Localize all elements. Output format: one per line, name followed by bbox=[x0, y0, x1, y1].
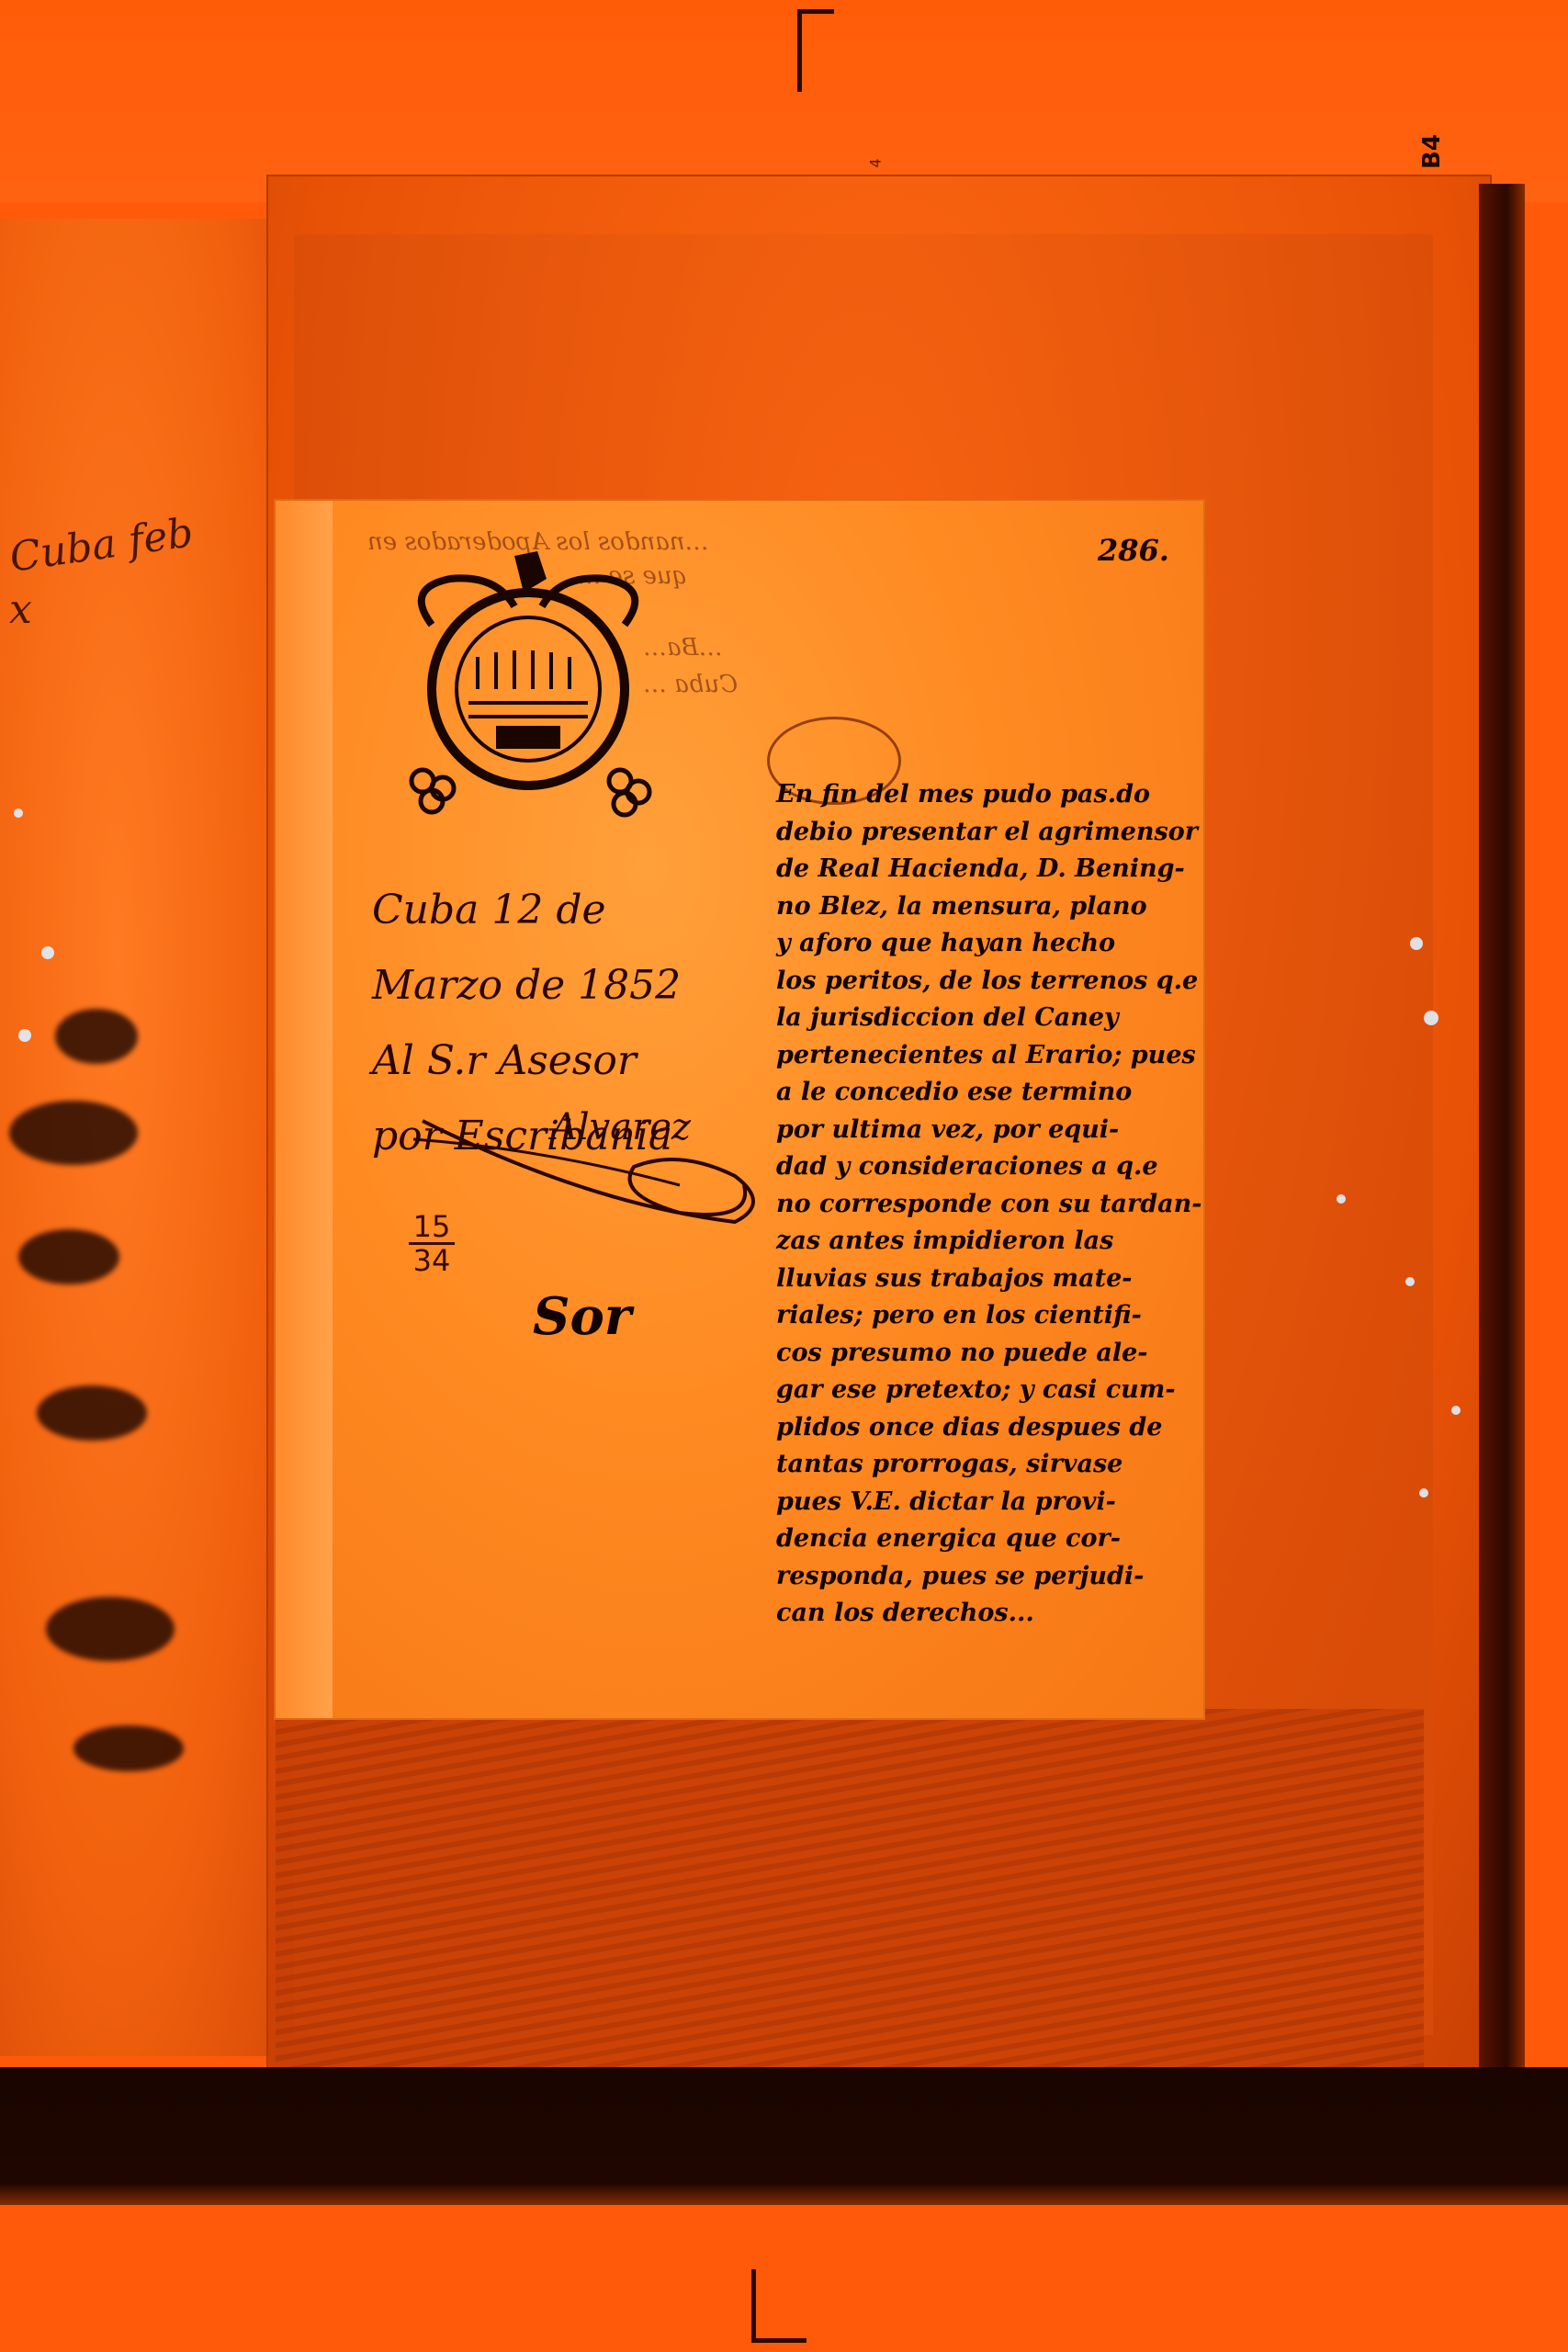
signature-flourish: Alvarez bbox=[404, 1093, 772, 1259]
speckle bbox=[1337, 1194, 1346, 1204]
signature-name: Alvarez bbox=[547, 1106, 692, 1148]
margin-line: Al S.r Asesor bbox=[372, 1023, 758, 1099]
crop-mark-top bbox=[797, 9, 802, 92]
crop-mark-top-h bbox=[797, 9, 834, 14]
body-line: gar ese pretexto; y casi cum- bbox=[776, 1372, 1217, 1409]
body-line: pues V.E. dictar la provi- bbox=[776, 1484, 1217, 1521]
body-line: cos presumo no puede ale- bbox=[776, 1335, 1217, 1373]
body-line: los peritos, de los terrenos q.e bbox=[776, 963, 1217, 1001]
ink-bleed bbox=[18, 1229, 119, 1284]
body-line: zas antes impidieron las bbox=[776, 1223, 1217, 1261]
body-line: dencia energica que cor- bbox=[776, 1521, 1217, 1558]
book-spine bbox=[1479, 184, 1525, 2076]
speckle bbox=[1405, 1277, 1415, 1286]
left-page-fragment: Cuba feb bbox=[6, 509, 196, 581]
salutation: Sor bbox=[533, 1286, 631, 1347]
margin-line: Marzo de 1852 bbox=[372, 948, 758, 1023]
body-line: tantas prorrogas, sirvase bbox=[776, 1446, 1217, 1484]
seal-emblem bbox=[377, 551, 680, 818]
left-page-fragment: x bbox=[9, 586, 32, 633]
folio-number: 286. bbox=[1098, 533, 1169, 568]
body-line: debio presentar el agrimensor bbox=[776, 814, 1217, 852]
speckle bbox=[1451, 1406, 1461, 1415]
body-line: lluvias sus trabajos mate- bbox=[776, 1261, 1217, 1298]
speckle bbox=[1410, 937, 1423, 950]
body-line: En fin del mes pudo pas.do bbox=[776, 776, 1217, 814]
margin-line: Cuba 12 de bbox=[372, 873, 758, 948]
corner-label: B4 bbox=[1418, 134, 1446, 169]
speckle bbox=[41, 946, 54, 959]
left-facing-page: Cuba feb x bbox=[0, 219, 296, 2056]
fraction-numerator: 15 bbox=[409, 1213, 455, 1240]
crop-mark-bottom-h bbox=[751, 2338, 807, 2343]
ink-bleed bbox=[46, 1597, 175, 1661]
body-line: dad y consideraciones a q.e bbox=[776, 1148, 1217, 1186]
speckle bbox=[18, 1029, 31, 1042]
ink-bleed bbox=[9, 1101, 138, 1165]
body-line: riales; pero en los cientifi- bbox=[776, 1297, 1217, 1335]
speckle bbox=[1424, 1011, 1438, 1025]
speckle bbox=[1419, 1488, 1428, 1498]
ink-bleed bbox=[73, 1725, 184, 1771]
speckle bbox=[14, 808, 23, 818]
fraction-denominator: 34 bbox=[409, 1247, 455, 1274]
body-line: plidos once dias despues de bbox=[776, 1409, 1217, 1447]
body-line: la jurisdiccion del Caney bbox=[776, 1000, 1217, 1037]
background-top bbox=[0, 0, 1568, 202]
ink-bleed bbox=[55, 1009, 138, 1064]
body-line: pertenecientes al Erario; pues bbox=[776, 1037, 1217, 1075]
body-line: de Real Hacienda, D. Bening- bbox=[776, 851, 1217, 888]
background-bottom bbox=[0, 2205, 1568, 2352]
fraction-note: 15 34 bbox=[409, 1213, 455, 1274]
body-line: y aforo que hayan hecho bbox=[776, 925, 1217, 963]
manuscript-body: En fin del mes pudo pas.do debio present… bbox=[776, 776, 1217, 1633]
tick-mark: 4 bbox=[867, 158, 885, 167]
crop-mark-bottom bbox=[751, 2269, 756, 2343]
ink-bleed bbox=[37, 1385, 147, 1441]
body-line: no corresponde con su tardan- bbox=[776, 1186, 1217, 1224]
body-line: por ultima vez, por equi- bbox=[776, 1112, 1217, 1149]
body-line: can los derechos... bbox=[776, 1595, 1217, 1633]
body-line: responda, pues se perjudi- bbox=[776, 1558, 1217, 1596]
body-line: a le concedio ese termino bbox=[776, 1074, 1217, 1112]
body-line: no Blez, la mensura, plano bbox=[776, 888, 1217, 926]
leaf-hinge-strip bbox=[276, 501, 333, 1718]
marbled-backing bbox=[276, 1709, 1424, 2076]
